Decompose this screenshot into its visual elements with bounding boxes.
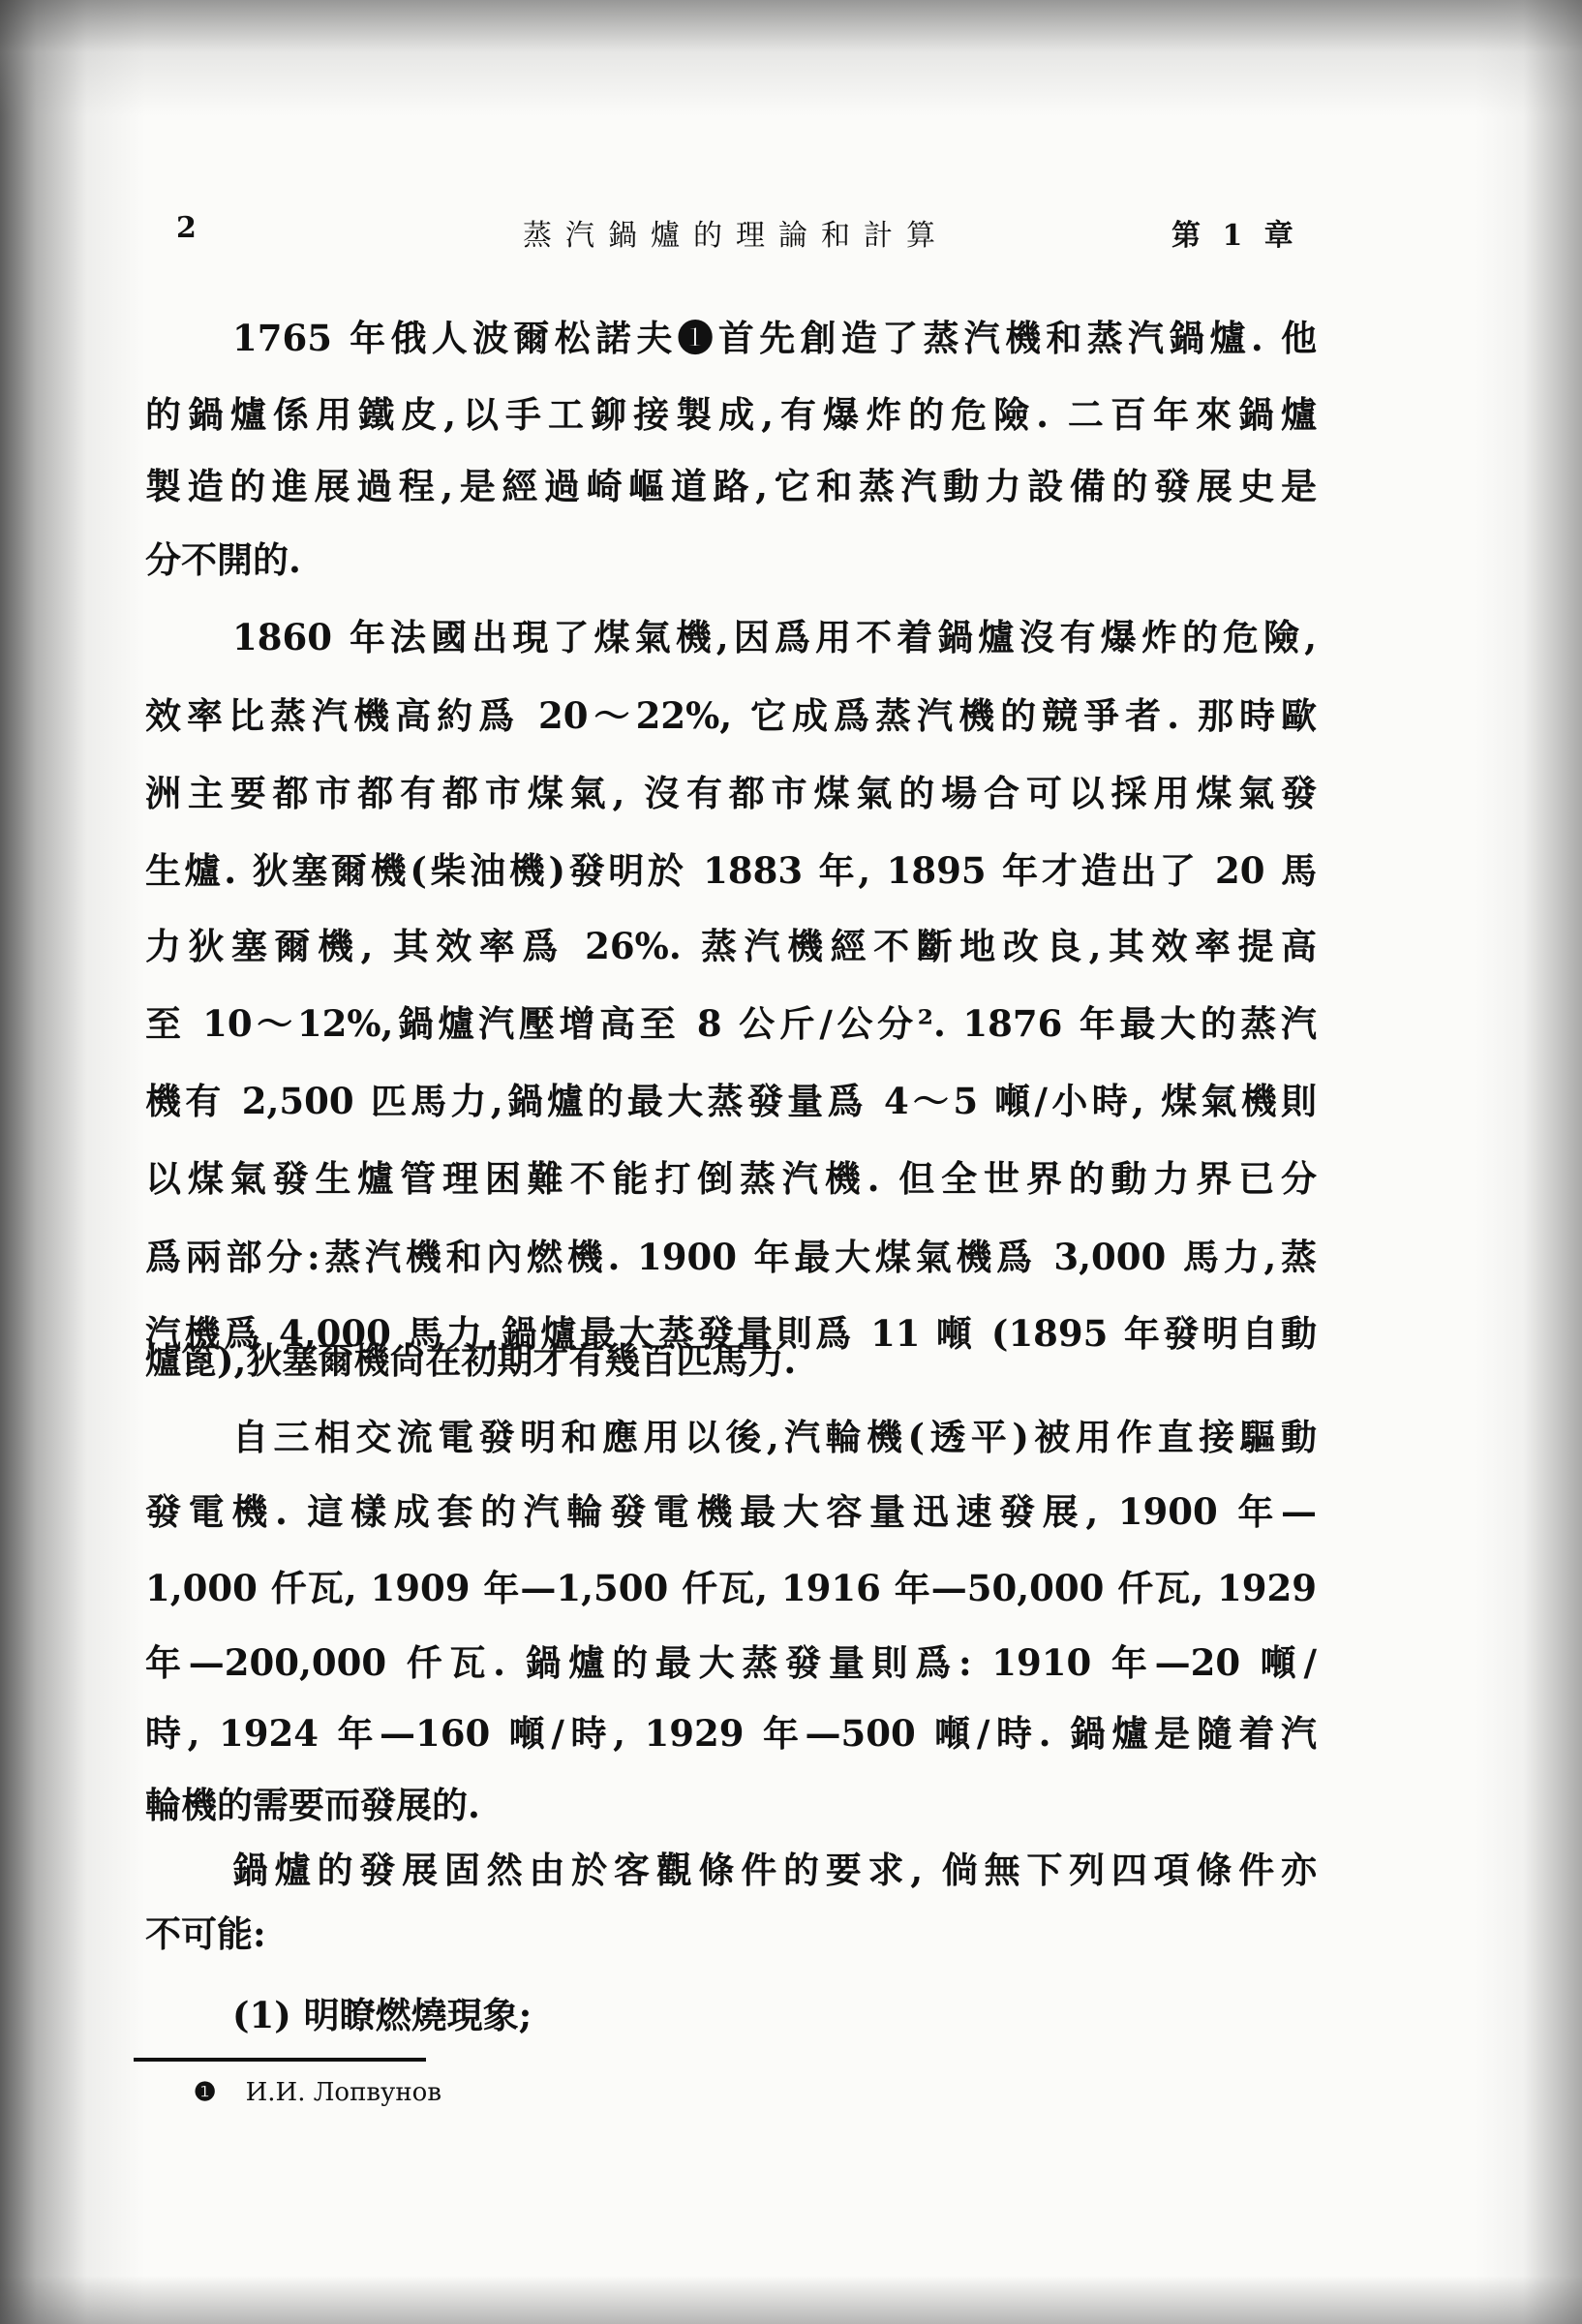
text-line: 以煤氣發生爐管理困難不能打倒蒸汽機. 但全世界的動力界已分	[145, 1157, 1317, 1200]
text-line: 1765 年俄人波爾松諾夫❶首先創造了蒸汽機和蒸汽鍋爐. 他	[232, 317, 1317, 359]
text-line: 至 10～12%,鍋爐汽壓增高至 8 公斤/公分². 1876 年最大的蒸汽	[145, 1002, 1317, 1045]
list-item: (1) 明瞭燃燒現象;	[232, 1994, 1317, 2036]
text-line: 自三相交流電發明和應用以後,汽輪機(透平)被用作直接驅動	[232, 1416, 1317, 1458]
text-line: 生爐. 狄塞爾機(柴油機)發明於 1883 年, 1895 年才造出了 20 馬	[145, 849, 1317, 892]
text-line: 分不開的.	[145, 538, 1317, 581]
text-line: 鍋爐的發展固然由於客觀條件的要求, 倘無下列四項條件亦	[232, 1849, 1317, 1891]
scan-edge-top	[0, 0, 1582, 116]
text-line: 發電機. 這樣成套的汽輪發電機最大容量迅速發展, 1900 年—	[145, 1490, 1317, 1533]
text-line: 力狄塞爾機, 其效率爲 26%. 蒸汽機經不斷地改良,其效率提高	[145, 925, 1317, 967]
chapter-label: 第 1 章	[1171, 211, 1299, 254]
footnote-marker: ❶	[194, 2078, 216, 2107]
footnote-rule	[134, 2058, 426, 2062]
book-title: 蒸汽鍋爐的理論和計算	[523, 211, 949, 254]
footnote: ❶ И.И. Лопвунов	[194, 2078, 441, 2107]
page-number: 2	[176, 211, 197, 245]
scan-edge-bottom	[0, 2276, 1582, 2324]
footnote-text: И.И. Лопвунов	[246, 2078, 441, 2107]
text-line: 輪機的需要而發展的.	[145, 1784, 1317, 1826]
text-line: 機有 2,500 匹馬力,鍋爐的最大蒸發量爲 4～5 噸/小時, 煤氣機則	[145, 1080, 1317, 1122]
text-line: 爐篦),狄塞爾機尙在初期才有幾百匹馬力.	[145, 1339, 1317, 1382]
text-line: 不可能:	[145, 1912, 1317, 1955]
text-line: 洲主要都市都有都市煤氣, 沒有都市煤氣的場合可以採用煤氣發	[145, 772, 1317, 814]
text-line: 1,000 仟瓦, 1909 年—1,500 仟瓦, 1916 年—50,000…	[145, 1567, 1317, 1609]
scan-edge-right	[1476, 0, 1582, 2324]
text-line: 效率比蒸汽機高約爲 20～22%, 它成爲蒸汽機的競爭者. 那時歐	[145, 694, 1317, 737]
text-line: 年—200,000 仟瓦. 鍋爐的最大蒸發量則爲: 1910 年—20 噸/	[145, 1641, 1317, 1684]
text-line: 的鍋爐係用鐵皮,以手工鉚接製成,有爆炸的危險. 二百年來鍋爐	[145, 393, 1317, 436]
text-line: 時, 1924 年—160 噸/時, 1929 年—500 噸/時. 鍋爐是隨着…	[145, 1712, 1317, 1755]
text-line: 製造的進展過程,是經過崎嶇道路,它和蒸汽動力設備的發展史是	[145, 465, 1317, 507]
text-line: 爲兩部分:蒸汽機和內燃機. 1900 年最大煤氣機爲 3,000 馬力,蒸	[145, 1236, 1317, 1278]
scan-edge-left	[0, 0, 145, 2324]
text-line: 1860 年法國出現了煤氣機,因爲用不着鍋爐沒有爆炸的危險,	[232, 616, 1317, 658]
